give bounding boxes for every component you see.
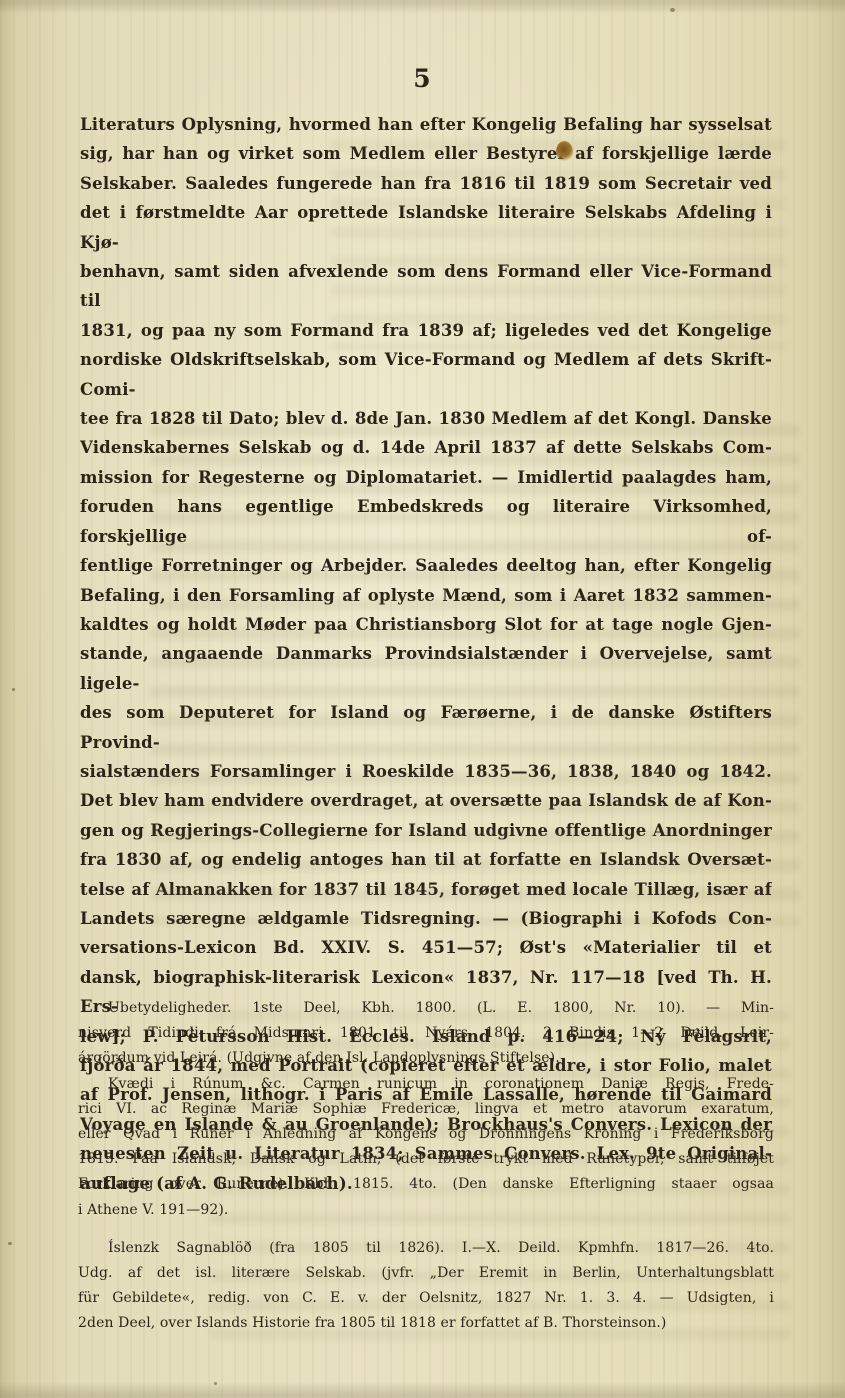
bibliography-entry: Kvædi i Rúnum &c. Carmen runicum in coro… — [78, 1072, 774, 1223]
book-page: 5 Literaturs Oplysning, hvormed han efte… — [0, 0, 845, 1398]
text-line: benhavn, samt siden afvexlende som dens … — [80, 257, 772, 316]
text-line: Landets særegne ældgamle Tidsregning. — … — [80, 904, 772, 933]
text-line: eller Qvad i Runer i Anledning af Kongen… — [78, 1122, 774, 1147]
text-line: mission for Regesterne og Diplomatariet.… — [80, 463, 772, 492]
text-line: Befaling, i den Forsamling af oplyste Mæ… — [80, 581, 772, 610]
text-line: tee fra 1828 til Dato; blev d. 8de Jan. … — [80, 404, 772, 433]
text-line: für Gebildete«, redig. von C. E. v. der … — [78, 1286, 774, 1311]
text-line: Udg. af det isl. literære Selskab. (jvfr… — [78, 1261, 774, 1286]
text-line: rici VI. ac Reginæ Mariæ Sophiæ Frederic… — [78, 1097, 774, 1122]
text-line: Ubetydeligheder. 1ste Deel, Kbh. 1800. (… — [78, 996, 774, 1021]
text-line: 2den Deel, over Islands Historie fra 180… — [78, 1311, 774, 1336]
text-line: Íslenzk Sagnablöð (fra 1805 til 1826). I… — [78, 1236, 774, 1261]
text-line: 1831, og paa ny som Formand fra 1839 af;… — [80, 316, 772, 345]
text-line: sig, har han og virket som Medlem eller … — [80, 139, 772, 168]
bibliography-entry: Ubetydeligheder. 1ste Deel, Kbh. 1800. (… — [78, 996, 774, 1072]
paper-speck — [12, 688, 15, 691]
text-line: sialstænders Forsamlinger i Roeskilde 18… — [80, 757, 772, 786]
text-line: Det blev ham endvidere overdraget, at ov… — [80, 786, 772, 815]
paper-speck — [8, 1242, 12, 1245]
text-line: 1815. Paa Islandsk, Dansk og Latin; (det… — [78, 1147, 774, 1172]
text-line: Videnskabernes Selskab og d. 14de April … — [80, 433, 772, 462]
page-number: 5 — [0, 64, 845, 93]
text-line: nordiske Oldskriftselskab, som Vice-Form… — [80, 345, 772, 404]
text-line: Kvædi i Rúnum &c. Carmen runicum in coro… — [78, 1072, 774, 1097]
text-line: fra 1830 af, og endelig antoges han til … — [80, 845, 772, 874]
text-line: i Athene V. 191—92). — [78, 1198, 774, 1223]
text-line: Forklaring over Runerne). Kbh. 1815. 4to… — [78, 1172, 774, 1197]
text-line: stande, angaaende Danmarks Provindsialst… — [80, 639, 772, 698]
text-line: telse af Almanakken for 1837 til 1845, f… — [80, 875, 772, 904]
paper-speck — [670, 8, 675, 12]
text-line: kaldtes og holdt Møder paa Christiansbor… — [80, 610, 772, 639]
text-line: des som Deputeret for Island og Færøerne… — [80, 698, 772, 757]
text-line: det i førstmeldte Aar oprettede Islandsk… — [80, 198, 772, 257]
text-line: nisverd Tidindi frá Midsumri 1801 til Ny… — [78, 1021, 774, 1046]
text-line: gen og Regjerings-Collegierne for Island… — [80, 816, 772, 845]
text-line: fentlige Forretninger og Arbejder. Saale… — [80, 551, 772, 580]
paper-speck — [214, 1382, 217, 1385]
text-line: árgördum vid Leirá. (Udgivne af den Isl.… — [78, 1046, 774, 1071]
bibliography-entry: Íslenzk Sagnablöð (fra 1805 til 1826). I… — [78, 1236, 774, 1337]
text-line: versations-Lexicon Bd. XXIV. S. 451—57; … — [80, 933, 772, 962]
text-line: Selskaber. Saaledes fungerede han fra 18… — [80, 169, 772, 198]
text-line: Literaturs Oplysning, hvormed han efter … — [80, 110, 772, 139]
text-line: foruden hans egentlige Embedskreds og li… — [80, 492, 772, 551]
bibliography-section: Ubetydeligheder. 1ste Deel, Kbh. 1800. (… — [78, 996, 774, 1337]
